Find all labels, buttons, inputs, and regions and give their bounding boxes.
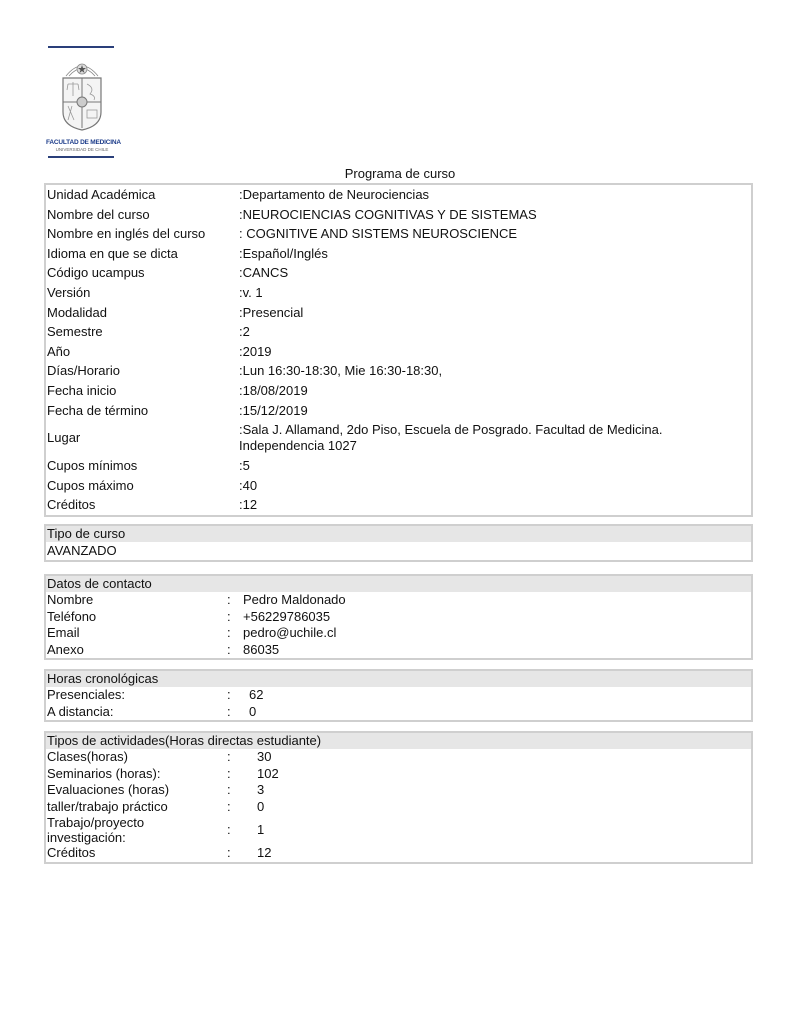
activity-row: Seminarios (horas)::102 bbox=[46, 766, 751, 783]
info-row: Días/Horario:Lun 16:30-18:30, Mie 16:30-… bbox=[46, 361, 751, 381]
info-row: Nombre del curso:NEUROCIENCIAS COGNITIVA… bbox=[46, 205, 751, 225]
activity-value: 30 bbox=[257, 749, 751, 766]
separator: : bbox=[227, 822, 257, 839]
info-value: :40 bbox=[239, 476, 751, 496]
separator: : bbox=[227, 799, 257, 816]
logo-university-name: UNIVERSIDAD DE CHILE bbox=[46, 147, 118, 152]
separator: : bbox=[227, 642, 243, 659]
info-label: Modalidad bbox=[46, 303, 239, 323]
activity-label: Seminarios (horas): bbox=[46, 766, 227, 783]
info-label: Fecha inicio bbox=[46, 381, 239, 401]
info-label: Nombre del curso bbox=[46, 205, 239, 225]
contact-value: 86035 bbox=[243, 642, 751, 659]
activity-value: 1 bbox=[257, 822, 751, 839]
contact-value: +56229786035 bbox=[243, 609, 751, 626]
info-value: :v. 1 bbox=[239, 283, 751, 303]
contact-row: Teléfono:+56229786035 bbox=[46, 609, 751, 626]
info-label: Fecha de término bbox=[46, 401, 239, 421]
contact-row: Email:pedro@uchile.cl bbox=[46, 625, 751, 642]
university-crest-icon bbox=[60, 54, 104, 132]
course-type-box: Tipo de curso AVANZADO bbox=[44, 524, 753, 562]
info-row: Versión:v. 1 bbox=[46, 283, 751, 303]
info-label: Nombre en inglés del curso bbox=[46, 224, 239, 244]
info-value: :CANCS bbox=[239, 263, 751, 283]
hours-header: Horas cronológicas bbox=[46, 671, 751, 687]
info-value: :Presencial bbox=[239, 303, 751, 323]
page-title: Programa de curso bbox=[0, 166, 800, 181]
separator: : bbox=[227, 609, 243, 626]
info-row: Año:2019 bbox=[46, 342, 751, 362]
info-row: Créditos:12 bbox=[46, 495, 751, 515]
activities-box: Tipos de actividades(Horas directas estu… bbox=[44, 731, 753, 864]
logo-top-bar bbox=[48, 46, 114, 48]
separator: : bbox=[227, 782, 257, 799]
logo-faculty-name: FACULTAD DE MEDICINA bbox=[46, 139, 118, 146]
logo-bottom-bar bbox=[48, 156, 114, 158]
separator: : bbox=[227, 592, 243, 609]
activity-label: Clases(horas) bbox=[46, 749, 227, 766]
info-value: :15/12/2019 bbox=[239, 401, 751, 421]
activity-value: 3 bbox=[257, 782, 751, 799]
info-value: :NEUROCIENCIAS COGNITIVAS Y DE SISTEMAS bbox=[239, 205, 751, 225]
info-row: Código ucampus:CANCS bbox=[46, 263, 751, 283]
info-label: Año bbox=[46, 342, 239, 362]
info-label: Cupos mínimos bbox=[46, 456, 239, 476]
info-value: :Español/Inglés bbox=[239, 244, 751, 264]
contact-header: Datos de contacto bbox=[46, 576, 751, 592]
separator: : bbox=[227, 687, 249, 704]
info-row: Semestre:2 bbox=[46, 322, 751, 342]
info-value: :2 bbox=[239, 322, 751, 342]
info-row: Fecha inicio:18/08/2019 bbox=[46, 381, 751, 401]
contact-value: Pedro Maldonado bbox=[243, 592, 751, 609]
info-row: Fecha de término:15/12/2019 bbox=[46, 401, 751, 421]
activity-row: taller/trabajo práctico:0 bbox=[46, 799, 751, 816]
activity-label: Evaluaciones (horas) bbox=[46, 782, 227, 799]
activity-value: 12 bbox=[257, 845, 751, 862]
info-value: :2019 bbox=[239, 342, 751, 362]
info-label: Días/Horario bbox=[46, 361, 239, 381]
info-label: Código ucampus bbox=[46, 263, 239, 283]
contact-label: Teléfono bbox=[46, 609, 227, 626]
activity-row: Trabajo/proyecto investigación::1 bbox=[46, 815, 751, 845]
info-label: Lugar bbox=[46, 430, 239, 446]
hours-label: A distancia: bbox=[46, 704, 227, 721]
info-label: Unidad Académica bbox=[46, 185, 239, 205]
contact-box: Datos de contacto Nombre:Pedro Maldonado… bbox=[44, 574, 753, 660]
faculty-logo: FACULTAD DE MEDICINA UNIVERSIDAD DE CHIL… bbox=[46, 46, 118, 158]
info-value: :Sala J. Allamand, 2do Piso, Escuela de … bbox=[239, 422, 751, 454]
activity-label: Créditos bbox=[46, 845, 227, 862]
contact-label: Email bbox=[46, 625, 227, 642]
info-label: Cupos máximo bbox=[46, 476, 239, 496]
hours-row: Presenciales::62 bbox=[46, 687, 751, 704]
info-row: Lugar:Sala J. Allamand, 2do Piso, Escuel… bbox=[46, 420, 751, 456]
separator: : bbox=[227, 845, 257, 862]
separator: : bbox=[227, 766, 257, 783]
info-label: Versión bbox=[46, 283, 239, 303]
info-row: Nombre en inglés del curso: COGNITIVE AN… bbox=[46, 224, 751, 244]
activity-value: 0 bbox=[257, 799, 751, 816]
info-value: : COGNITIVE AND SISTEMS NEUROSCIENCE bbox=[239, 224, 751, 244]
info-value: :12 bbox=[239, 495, 751, 515]
info-row: Idioma en que se dicta:Español/Inglés bbox=[46, 244, 751, 264]
info-row: Modalidad:Presencial bbox=[46, 303, 751, 323]
separator: : bbox=[227, 704, 249, 721]
info-row: Cupos máximo:40 bbox=[46, 476, 751, 496]
contact-row: Nombre:Pedro Maldonado bbox=[46, 592, 751, 609]
contact-label: Anexo bbox=[46, 642, 227, 659]
info-label: Idioma en que se dicta bbox=[46, 244, 239, 264]
hours-row: A distancia::0 bbox=[46, 704, 751, 721]
contact-label: Nombre bbox=[46, 592, 227, 609]
activity-row: Créditos:12 bbox=[46, 845, 751, 862]
hours-label: Presenciales: bbox=[46, 687, 227, 704]
contact-value: pedro@uchile.cl bbox=[243, 625, 751, 642]
info-value: :5 bbox=[239, 456, 751, 476]
activity-label: taller/trabajo práctico bbox=[46, 799, 227, 816]
activity-label: Trabajo/proyecto investigación: bbox=[46, 815, 177, 845]
info-label: Semestre bbox=[46, 322, 239, 342]
course-type-value: AVANZADO bbox=[46, 542, 751, 560]
info-value: :Lun 16:30-18:30, Mie 16:30-18:30, bbox=[239, 361, 751, 381]
hours-box: Horas cronológicas Presenciales::62A dis… bbox=[44, 669, 753, 722]
activity-row: Evaluaciones (horas):3 bbox=[46, 782, 751, 799]
separator: : bbox=[227, 749, 257, 766]
activity-value: 102 bbox=[257, 766, 751, 783]
contact-row: Anexo:86035 bbox=[46, 642, 751, 659]
hours-value: 0 bbox=[249, 704, 751, 721]
info-row: Unidad Académica:Departamento de Neuroci… bbox=[46, 185, 751, 205]
separator: : bbox=[227, 625, 243, 642]
course-type-header: Tipo de curso bbox=[46, 526, 751, 542]
activity-row: Clases(horas):30 bbox=[46, 749, 751, 766]
hours-value: 62 bbox=[249, 687, 751, 704]
activities-header: Tipos de actividades(Horas directas estu… bbox=[46, 733, 751, 749]
info-value: :Departamento de Neurociencias bbox=[239, 185, 751, 205]
course-info-box: Unidad Académica:Departamento de Neuroci… bbox=[44, 183, 753, 517]
info-label: Créditos bbox=[46, 495, 239, 515]
info-row: Cupos mínimos:5 bbox=[46, 456, 751, 476]
info-value: :18/08/2019 bbox=[239, 381, 751, 401]
